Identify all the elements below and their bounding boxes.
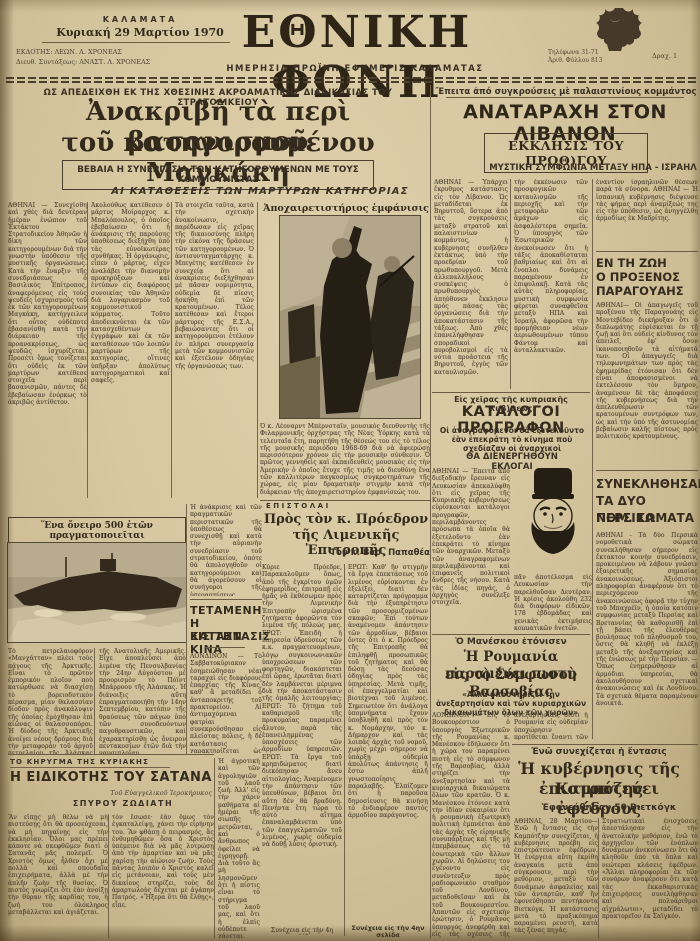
- section-rule: [190, 599, 262, 600]
- column-rule: [257, 202, 258, 498]
- consul-headline-line2: Ο ΠΡΟΞΕΝΟΣ: [596, 270, 698, 284]
- column-rule: [510, 179, 511, 389]
- column-rule: [344, 564, 345, 936]
- column-rule: [87, 202, 88, 498]
- ship-story-column-1: Τὸ πετρελαιοφόρον «Μανχάτταν» πλέει τοὺς…: [8, 648, 93, 754]
- section-rule: [596, 251, 698, 252]
- column-rule: [94, 648, 95, 754]
- letters-byline: Τοῦ κ. Βασ. Παπαθέα: [290, 548, 430, 558]
- makarios-caricature: [514, 466, 592, 570]
- lebanon-column-3: ἐναντίον ἰσραηλινῶν θέσεων παρὰ τὰ σύνορ…: [596, 179, 698, 247]
- column-rule: [592, 179, 593, 739]
- cambodia-subhead: Ἐφονεύθησαν 50 Βιετκόγκ: [536, 803, 682, 813]
- sermon-column-2: τὸν ἔσωσε· ἐὰν ὅμως τὸν ἐγκαταλείψῃ, χάν…: [112, 814, 214, 938]
- ship-story-headline: Ἕνα ὄνειρο 500 ἐτῶν πραγματοποιεῖται: [8, 517, 186, 545]
- lead-continuation-column: Ἡ ἀνάκρισις καὶ τῶν πραγματικῶν περιστατ…: [190, 504, 262, 596]
- manhattan-tanker-photo: [8, 543, 186, 642]
- china-headline-line1: ΤΕΤΑΜΕΝΗ: [190, 604, 264, 617]
- section-rule: [8, 754, 214, 755]
- persia-headline-line3: ΝΟΜ. ΣΩΜΑΤΑ: [596, 510, 698, 527]
- masthead-phone: Τηλέφωνα 31-71: [548, 49, 633, 56]
- masthead-rule: [6, 77, 696, 84]
- photo-story-title: Ἀποχαιρετιστήριος ἐμφάνισις: [262, 203, 430, 214]
- lebanon-kicker: Ἔπειτα ἀπό συγκρούσεις μὲ παλαιστινίους …: [434, 87, 698, 97]
- sermon-byline-name: ΣΠΥΡΟΥ ΖΩΔΙΑΤΗ: [48, 799, 198, 808]
- sermon-column-1: Ἂν εἴπῃς μὴ θέλω νὰ μὴ πιστεύσῃς ὅτι θὰ …: [8, 814, 108, 938]
- romania-column-1: ΛΟΝΔΙΝΟΝ — Εἰς τὸ Βουκουρέστιον ὁ ὑπουργ…: [432, 712, 510, 938]
- kicker-underline: [446, 97, 684, 98]
- ship-story-column-2: τῆς Ἀνατολικῆς Ἀμερικῆς. Εἶχε ἀποπλεύσει…: [99, 648, 186, 754]
- column-rule: [108, 814, 109, 938]
- photo-story-caption: Ὁ κ. Λέοναρντ Μπέρνσταϊν, μουσικὸς διευθ…: [260, 423, 430, 498]
- masthead-price: Δραχ. 1: [652, 52, 694, 60]
- column-rule: [598, 818, 599, 938]
- consul-headline-line1: ΕΝ ΤΗ ΖΩΗ: [596, 256, 698, 270]
- cambodia-column-1: ΑΘΗΝΑΙ, 28 Μαρτίου— Ἐνῶ ἡ ἔντασις εἰς τὴ…: [514, 818, 598, 938]
- sermon-byline-role: Τοῦ Εὐαγγελικοῦ Ἱεροκήρυκος: [60, 789, 212, 797]
- lebanon-column-1: ΑΘΗΝΑΙ — Ὑπάρχει ἔκρυθμος κατάστασις εἰς…: [434, 179, 508, 389]
- letters-column-2: ΕΡΩΤ: Καθ' ἣν στιγμὴν τὰ ἔργα ἐπεκτάσεως…: [348, 564, 428, 922]
- sermon-headline: Η ΕΙΔΙΚΟΤΗΣ ΤΟΥ ΣΑΤΑΝΑ: [8, 770, 214, 785]
- sermon-section-label: ΤΟ ΚΗΡΥΓΜΑ ΤΗΣ ΚΥΡΙΑΚΗΣ: [10, 758, 170, 768]
- persia-body: ΑΘΗΝΑΙ - Τὰ δύο Περσικὰ νομοθετικὰ σώματ…: [596, 532, 698, 738]
- letters-column-1: Κύριε Πρόεδρε, Παρακαλοῦμεν ὅπως, ἀπὸ τῆ…: [262, 564, 342, 924]
- section-rule: [512, 744, 698, 745]
- lead-crosshead: ΑΙ ΚΑΤΑΘΕΣΕΙΣ ΤΩΝ ΜΑΡΤΥΡΩΝ ΚΑΤΗΓΟΡΙΑΣ: [90, 186, 430, 197]
- newspaper-subtitle: ΗΜΕΡΗΣΙΑ ΠΡΩΪΝΗ ΕΦΗΜΕΡΙΣ ΚΑΛΑΜΑΤΑΣ: [200, 64, 510, 74]
- letters-headline-line1: Πρὸς τὸν κ. Πρόεδρον: [262, 512, 430, 527]
- cambodia-column-2: Στρατιωτικαὶ ἐνισχύσεις ἀπεστάλησαν εἰς …: [602, 818, 698, 938]
- letters-continued-note-1: Συνέχεια εἰς τὴν 4η σελίδα: [262, 927, 342, 935]
- consul-headline-line3: ΠΑΡΑΓΟΥΑΗΣ: [596, 284, 698, 298]
- section-rule: [432, 392, 590, 393]
- section-rule: [260, 500, 430, 501]
- cambodia-kicker: Ἐνῶ συνεχίζεται ἡ ἔντασις: [520, 747, 678, 757]
- headline-underline: [205, 647, 245, 648]
- lead-column-1: ΑΘΗΝΑΙ — Συνεχίσθη καὶ χθὲς διὰ δευτέραν…: [8, 202, 87, 498]
- caricature-caption: πᾶν ἀποτέλεσμα εἰς Λευκωσίαν τὴν παρελθο…: [514, 574, 592, 630]
- masthead-issue-number: Ἀριθ. Φύλλου 813: [548, 57, 633, 64]
- persia-headline-line1: ΣΥΝΕΚΛΗΘΗΣΑΝ: [596, 476, 698, 493]
- sermon-continuation-column: Ἡ ἀγροτικὴ καὶ τῶν ἀγροληψιῶν τοῦ λαοῦ ζ…: [218, 758, 260, 938]
- proscription-subhead: Οἱ ἀναγραφόμενοι θὰ ἐξετελοῦντο ἐὰν ἐπεκ…: [434, 426, 590, 453]
- bernstein-photo: [280, 216, 420, 418]
- section-rule: [596, 470, 698, 471]
- consul-body: ΑΘΗΝΑΙ— Οἱ ἀπαγωγεῖς τοῦ προξένου τῆς Πα…: [596, 302, 698, 466]
- letters-section-label: ΕΠΙΣΤΟΛΑΙ: [266, 502, 346, 510]
- lebanon-subhead: ΜΥΣΤΙΚΗ ΣΥΜΦΩΝΙΑ ΜΕΤΑΞΥ ΗΠΑ - ΙΣΡΑΗΛ: [488, 163, 698, 173]
- romania-kicker: Ὁ Μανέσκου ἐτόνισεν: [440, 637, 582, 647]
- main-column-divider: [430, 85, 431, 938]
- china-body: ΛΟΝΔΙΝΟΝ — Τὸ Σαββατοκύριακον ἐσημειώθησ…: [190, 653, 262, 753]
- letters-continued-note-2: Συνέχεια εἰς τὴν 4ην σελίδα: [348, 925, 428, 939]
- column-rule: [186, 504, 187, 754]
- romania-column-2: ἀνεξαρτησίαν, διότι ἡ Ρουμανία εἰς οὐδεμ…: [514, 712, 588, 740]
- lead-column-3: Τὰ στοιχεῖα ταῦτα, κατὰ τὴν σχετικὴν ἀνα…: [175, 202, 254, 498]
- column-rule: [171, 202, 172, 498]
- section-rule: [432, 634, 590, 635]
- column-rule: [214, 758, 215, 938]
- cambodia-headline-line2: ἐπιστρατεύει ἐφέδρους: [500, 779, 698, 819]
- lebanon-column-2: τὴν ἐκκένωσιν τῶν προσφυγικῶν καταυλισμῶ…: [514, 179, 588, 389]
- lead-column-2: Ἀκολούθως κατέθεσεν ὁ μάρτυς Μοίραρχος κ…: [91, 202, 170, 498]
- proscription-body: ΑΘΗΝΑΙ — Ἔπειτα ἀπὸ διεξοδικὴν ἔρευναν ε…: [432, 468, 510, 632]
- newspaper-front-page: ΚΑΛΑΜΑΤΑ Κυριακή 29 Μαρτίου 1970 ΕΚΔΟΤΗΣ…: [0, 0, 700, 941]
